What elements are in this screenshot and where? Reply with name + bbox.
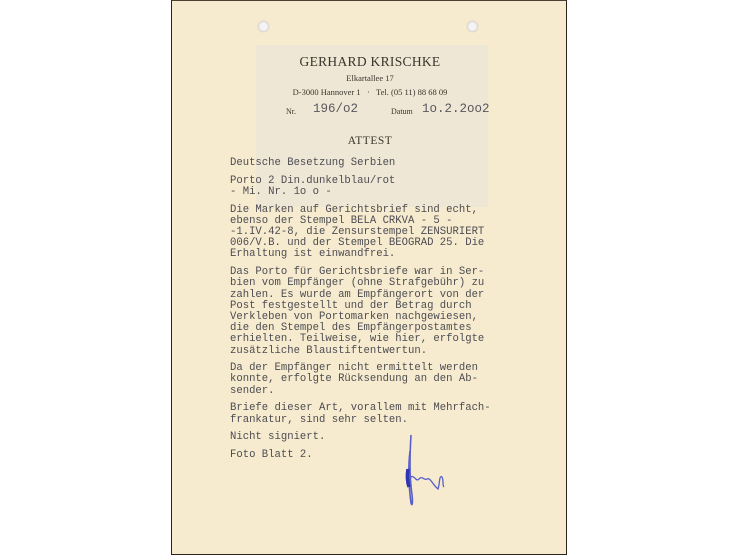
letterhead-name: GERHARD KRISCHKE (172, 54, 568, 70)
signature-icon (400, 433, 460, 513)
not-signed-note: Nicht signiert. (230, 432, 530, 443)
punch-hole-right (467, 21, 478, 32)
certificate-body: Deutsche Besetzung Serbien Porto 2 Din.d… (230, 158, 530, 468)
letterhead-street: Elkartallee 17 (172, 73, 568, 83)
catalog-number: - Mi. Nr. 1o o - (230, 187, 530, 198)
certificate-page: GERHARD KRISCHKE Elkartallee 17 D-3000 H… (171, 0, 567, 555)
paragraph-authenticity: Die Marken auf Gerichtsbrief sind echt, … (230, 205, 530, 261)
paragraph-rarity: Briefe dieser Art, vorallem mit Mehrfach… (230, 403, 530, 425)
paragraph-postage: Das Porto für Gerichtsbriefe war in Ser-… (230, 267, 530, 357)
document-title: ATTEST (172, 135, 568, 147)
datum-value: 1o.2.2oo2 (422, 102, 490, 116)
punch-hole-left (258, 21, 269, 32)
datum-label: Datum (391, 107, 413, 116)
nr-label: Nr. (286, 107, 296, 116)
letterhead-city-phone: D-3000 Hannover 1 · Tel. (05 11) 88 68 0… (172, 87, 568, 97)
paragraph-return: Da der Empfänger nicht ermittelt werden … (230, 363, 530, 397)
nr-value: 196/o2 (313, 102, 358, 116)
photo-sheet-note: Foto Blatt 2. (230, 450, 530, 461)
subject-line: Deutsche Besetzung Serbien (230, 158, 530, 169)
